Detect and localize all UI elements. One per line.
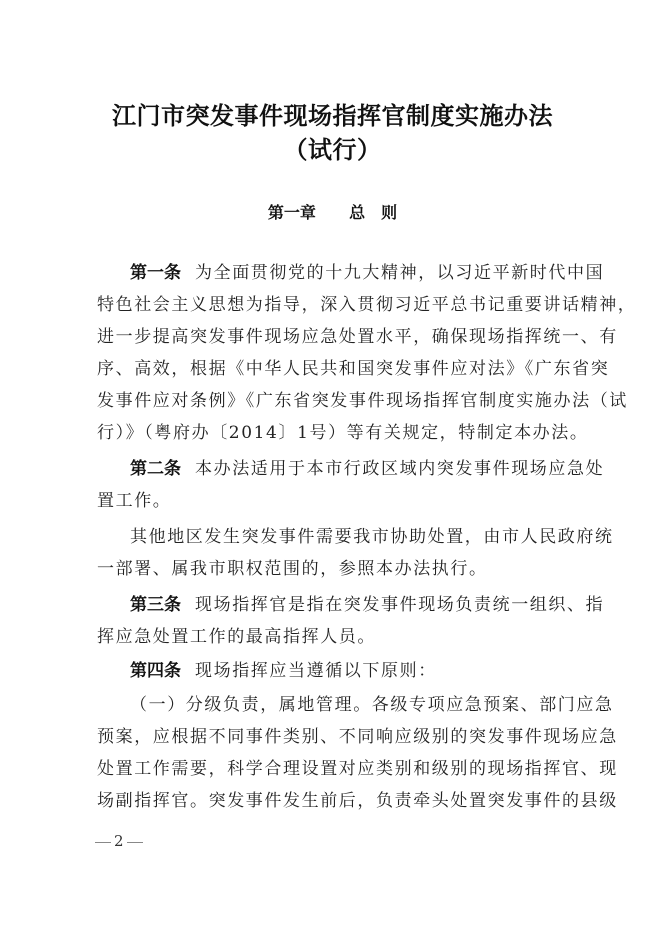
article-2-para2-line-2: 一部署、属我市职权范围的，参照本办法执行。 [97,557,573,581]
article-4-item-1-line-2: 预案，应根据不同事件类别、不同响应级别的突发事件现场应急 [97,725,573,749]
article-text: 本办法适用于本市行政区域内突发事件现场应急处 [195,459,604,479]
article-1-line-3: 进一步提高突发事件现场应急处置水平，确保现场指挥统一、有 [97,325,573,349]
article-label: 第三条 [130,595,181,615]
article-3-line-1: 第三条现场指挥官是指在突发事件现场负责统一组织、指 [130,593,573,617]
article-4-item-1-line-3: 处置工作需要，科学合理设置对应类别和级别的现场指挥官、现 [97,757,573,781]
article-1-line-1: 第一条为全面贯彻党的十九大精神，以习近平新时代中国 [130,261,573,285]
article-2-para2-line-1: 其他地区发生突发事件需要我市协助处置，由市人民政府统 [130,525,573,549]
chapter-name: 总 则 [349,200,397,223]
dash-right [127,842,143,843]
chapter-heading: 第一章 总 则 [0,200,665,223]
article-2-line-1: 第二条本办法适用于本市行政区域内突发事件现场应急处 [130,457,573,481]
article-text: 现场指挥应当遵循以下原则： [195,661,437,681]
article-label: 第四条 [130,661,181,681]
dash-left [95,842,111,843]
article-label: 第二条 [130,459,181,479]
article-3-line-2: 挥应急处置工作的最高指挥人员。 [97,625,573,649]
article-text: 为全面贯彻党的十九大精神，以习近平新时代中国 [195,263,604,283]
article-4-line-1: 第四条现场指挥应当遵循以下原则： [130,659,573,683]
article-label: 第一条 [130,263,181,283]
article-2-line-2: 置工作。 [97,489,573,513]
document-title: 江门市突发事件现场指挥官制度实施办法 [0,96,665,131]
page-number-value: 2 [114,832,124,850]
article-1-line-5: 发事件应对条例》《广东省突发事件现场指挥官制度实施办法（试 [97,389,573,413]
page-number: 2 [92,832,146,850]
article-1-line-6: 行）》（粤府办〔2014〕1号）等有关规定，特制定本办法。 [97,421,573,445]
article-1-line-2: 特色社会主义思想为指导，深入贯彻习近平总书记重要讲话精神， [97,293,573,317]
article-4-item-1-line-1: （一）分级负责，属地管理。各级专项应急预案、部门应急 [130,693,573,717]
article-4-item-1-line-4: 场副指挥官。突发事件发生前后，负责牵头处置突发事件的县级 [97,789,573,813]
article-text: 现场指挥官是指在突发事件现场负责统一组织、指 [195,595,604,615]
article-1-line-4: 序、高效，根据《中华人民共和国突发事件应对法》《广东省突 [97,357,573,381]
chapter-number: 第一章 [268,200,316,223]
document-subtitle: （试行） [0,130,665,165]
